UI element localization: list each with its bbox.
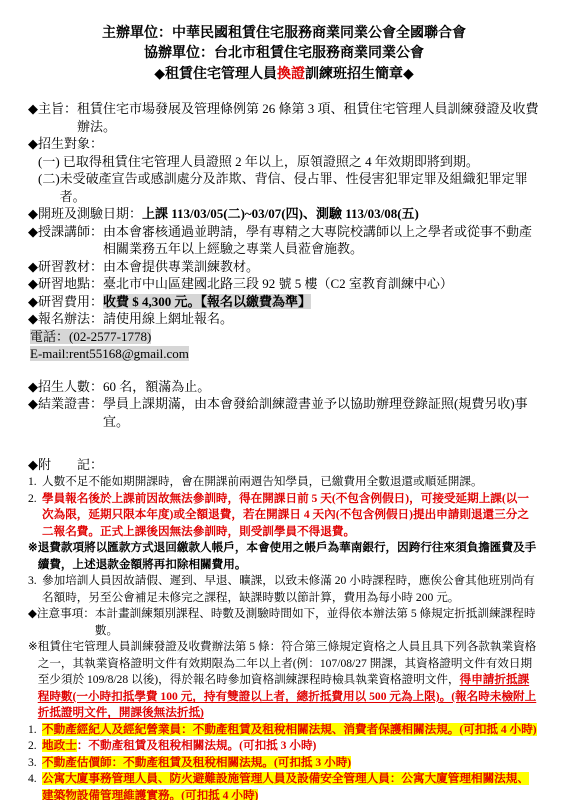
capacity-text: 60 名，額滿為止。 xyxy=(103,378,540,396)
notes-heading: ◆附 記： xyxy=(28,456,540,474)
note-item-3: 3. 參加培訓人員因故請假、遲到、早退、曠課，以致未修滿 20 小時課程時，應俟… xyxy=(28,573,540,606)
asterisk-marker: ※ xyxy=(28,540,38,573)
deduction-item-1: 1. 不動產經紀人及經紀營業員：不動產租賃及租稅相關法規、消費者保護相關法規。(… xyxy=(28,722,540,739)
location-item: ◆研習地點： 臺北市中山區建國北路三段 92 號 5 樓（C2 室教育訓練中心） xyxy=(28,275,540,293)
target-item-1-label: (一) xyxy=(38,153,63,171)
certificate-label: ◆結業證書： xyxy=(28,395,103,430)
capacity-label: ◆招生人數： xyxy=(28,378,103,396)
deduction-item-2-plain: ：不動產租賃及租稅相關法規。(可扣抵 3 小時) xyxy=(77,739,317,752)
fee-item: ◆研習費用： 收費 $ 4,300 元。【報名以繳費為準】 xyxy=(28,293,540,311)
note-item-2-text: 學員報名後於上課前因故無法參訓時，得在開課日前 5 天(不包含例假日)，可接受延… xyxy=(42,491,540,541)
purpose-text: 租賃住宅市場發展及管理條例第 26 條第 3 項、租賃住宅管理人員訓練發證及收費… xyxy=(77,100,540,135)
document-header: 主辦單位：中華民國租賃住宅服務商業同業公會全國聯合會 協辦單位：台北市租賃住宅服… xyxy=(28,24,540,85)
target-item-2-text: 未受破產宣告或感訓處分及詐欺、背信、侵占罪、性侵害犯罪定罪及組織犯罪定罪者。 xyxy=(60,170,540,205)
fee-label: ◆研習費用： xyxy=(28,293,103,311)
refund-note-text: 退費款項將以匯款方式退回繳款人帳戶，本會使用之帳戶為華南銀行，因跨行往來須負擔匯… xyxy=(38,540,540,573)
note-item-1: 1. 人數不足不能如期開課時，會在開課前兩週告知學員，已繳費用全數退還或順延開課… xyxy=(28,474,540,491)
deduction-item-3-highlighted: 不動產估價師：不動產租賃及租稅相關法規。(可扣抵 3 小時) xyxy=(42,756,351,769)
materials-item: ◆研習教材： 由本會提供專業訓練教材。 xyxy=(28,258,540,276)
location-label: ◆研習地點： xyxy=(28,275,103,293)
certificate-text: 學員上課期滿，由本會發給訓練證書並予以協助辦理登錄証照(規費另收)事宜。 xyxy=(103,395,540,430)
deduction-item-4: 4. 公寓大廈事務管理人員、防火避難設施管理人員及設備安全管理人員：公寓大廈管理… xyxy=(28,771,540,800)
registration-item: ◆報名辦法： 請使用線上網址報名。 xyxy=(28,310,540,328)
target-item-2: (二) 未受破產宣告或感訓處分及詐欺、背信、侵占罪、性侵害犯罪定罪及組織犯罪定罪… xyxy=(28,170,540,205)
deduction-item-2-number: 2. xyxy=(28,738,42,755)
materials-text: 由本會提供專業訓練教材。 xyxy=(103,258,540,276)
note-item-1-text: 人數不足不能如期開課時，會在開課前兩週告知學員，已繳費用全數退還或順延開課。 xyxy=(42,474,540,491)
target-heading: ◆招生對象： xyxy=(28,135,540,153)
purpose-label: ◆主旨： xyxy=(28,100,77,135)
rule5-paragraph: ※ 租賃住宅管理人員訓練發證及收費辦法第 5 條：符合第三條規定資格之人員且具下… xyxy=(28,639,540,722)
deduction-item-4-number: 4. xyxy=(28,771,42,800)
asterisk-marker: ※ xyxy=(28,639,38,722)
attention-text: 本計畫訓練類別課程、時數及測驗時間如下，並得依本辦法第 5 條規定折抵訓練課程時… xyxy=(95,606,540,639)
deduction-item-2: 2. 地政士：不動產租賃及租稅相關法規。(可扣抵 3 小時) xyxy=(28,738,540,755)
instructor-item: ◆授課講師： 由本會審核通過並聘請，學有專精之大專院校講師以上之學者或從事不動產… xyxy=(28,223,540,258)
deduction-item-1-highlighted: 不動產經紀人及經紀營業員：不動產租賃及租稅相關法規、消費者保護相關法規。(可扣抵… xyxy=(42,723,537,736)
email-value: E-mail:rent55168@gmail.com xyxy=(30,346,189,361)
note-item-3-text: 參加培訓人員因故請假、遲到、早退、曠課，以致未修滿 20 小時課程時，應俟公會其… xyxy=(42,573,540,606)
schedule-value: 上課 113/03/05(二)~03/07(四)、測驗 113/03/08(五) xyxy=(142,205,540,223)
purpose-item: ◆主旨： 租賃住宅市場發展及管理條例第 26 條第 3 項、租賃住宅管理人員訓練… xyxy=(28,100,540,135)
deduction-item-4-highlighted: 公寓大廈事務管理人員、防火避難設施管理人員及設備安全管理人員：公寓大廈管理相關法… xyxy=(42,772,529,800)
target-item-1: (一) 已取得租賃住宅管理人員證照 2 年以上，原領證照之 4 年效期即將到期。 xyxy=(28,153,540,171)
main-body: ◆主旨： 租賃住宅市場發展及管理條例第 26 條第 3 項、租賃住宅管理人員訓練… xyxy=(28,100,540,800)
certificate-item: ◆結業證書： 學員上課期滿，由本會發給訓練證書並予以協助辦理登錄証照(規費另收)… xyxy=(28,395,540,430)
deduction-item-2-highlighted: 地政士 xyxy=(42,739,77,752)
refund-note: ※ 退費款項將以匯款方式退回繳款人帳戶，本會使用之帳戶為華南銀行，因跨行往來須負… xyxy=(28,540,540,573)
organizer-line: 主辦單位：中華民國租賃住宅服務商業同業公會全國聯合會 xyxy=(28,24,540,44)
fee-value-highlighted: 收費 $ 4,300 元。【報名以繳費為準】 xyxy=(103,294,311,309)
attention-label: ◆注意事項： xyxy=(28,606,95,639)
registration-text: 請使用線上網址報名。 xyxy=(103,310,540,328)
email-line: E-mail:rent55168@gmail.com xyxy=(28,345,540,363)
deduction-item-1-number: 1. xyxy=(28,722,42,739)
document-title: ◆租賃住宅管理人員換證訓練班招生簡章◆ xyxy=(28,65,540,85)
document-page: 主辦單位：中華民國租賃住宅服務商業同業公會全國聯合會 協辦單位：台北市租賃住宅服… xyxy=(0,0,566,800)
note-item-2-number: 2. xyxy=(28,491,42,541)
note-item-1-number: 1. xyxy=(28,474,42,491)
note-item-3-number: 3. xyxy=(28,573,42,606)
note-item-2: 2. 學員報名後於上課前因故無法參訓時，得在開課日前 5 天(不包含例假日)，可… xyxy=(28,491,540,541)
location-text: 臺北市中山區建國北路三段 92 號 5 樓（C2 室教育訓練中心） xyxy=(103,275,540,293)
target-item-1-text: 已取得租賃住宅管理人員證照 2 年以上，原領證照之 4 年效期即將到期。 xyxy=(63,153,540,171)
phone-line: 電話：(02-2577-1778) xyxy=(28,328,540,346)
attention-item: ◆注意事項： 本計畫訓練類別課程、時數及測驗時間如下，並得依本辦法第 5 條規定… xyxy=(28,606,540,639)
capacity-item: ◆招生人數： 60 名，額滿為止。 xyxy=(28,378,540,396)
phone-value: 電話：(02-2577-1778) xyxy=(30,329,151,344)
spacer xyxy=(28,363,540,378)
co-organizer-line: 協辦單位：台北市租賃住宅服務商業同業公會 xyxy=(28,44,540,64)
schedule-label: ◆開班及測驗日期： xyxy=(28,205,142,223)
title-prefix: ◆租賃住宅管理人員 xyxy=(154,67,277,82)
title-suffix: 訓練班招生簡章◆ xyxy=(305,67,414,82)
schedule-item: ◆開班及測驗日期： 上課 113/03/05(二)~03/07(四)、測驗 11… xyxy=(28,205,540,223)
instructor-label: ◆授課講師： xyxy=(28,223,103,258)
spacer xyxy=(28,430,540,456)
deduction-item-3-number: 3. xyxy=(28,755,42,772)
instructor-text: 由本會審核通過並聘請，學有專精之大專院校講師以上之學者或從事不動產相關業務五年以… xyxy=(103,223,540,258)
title-emphasis-red: 換證 xyxy=(277,67,305,82)
target-item-2-label: (二) xyxy=(38,170,60,205)
deduction-item-3: 3. 不動產估價師：不動產租賃及租稅相關法規。(可扣抵 3 小時) xyxy=(28,755,540,772)
registration-label: ◆報名辦法： xyxy=(28,310,103,328)
materials-label: ◆研習教材： xyxy=(28,258,103,276)
notes-section: 1. 人數不足不能如期開課時，會在開課前兩週告知學員，已繳費用全數退還或順延開課… xyxy=(28,474,540,800)
